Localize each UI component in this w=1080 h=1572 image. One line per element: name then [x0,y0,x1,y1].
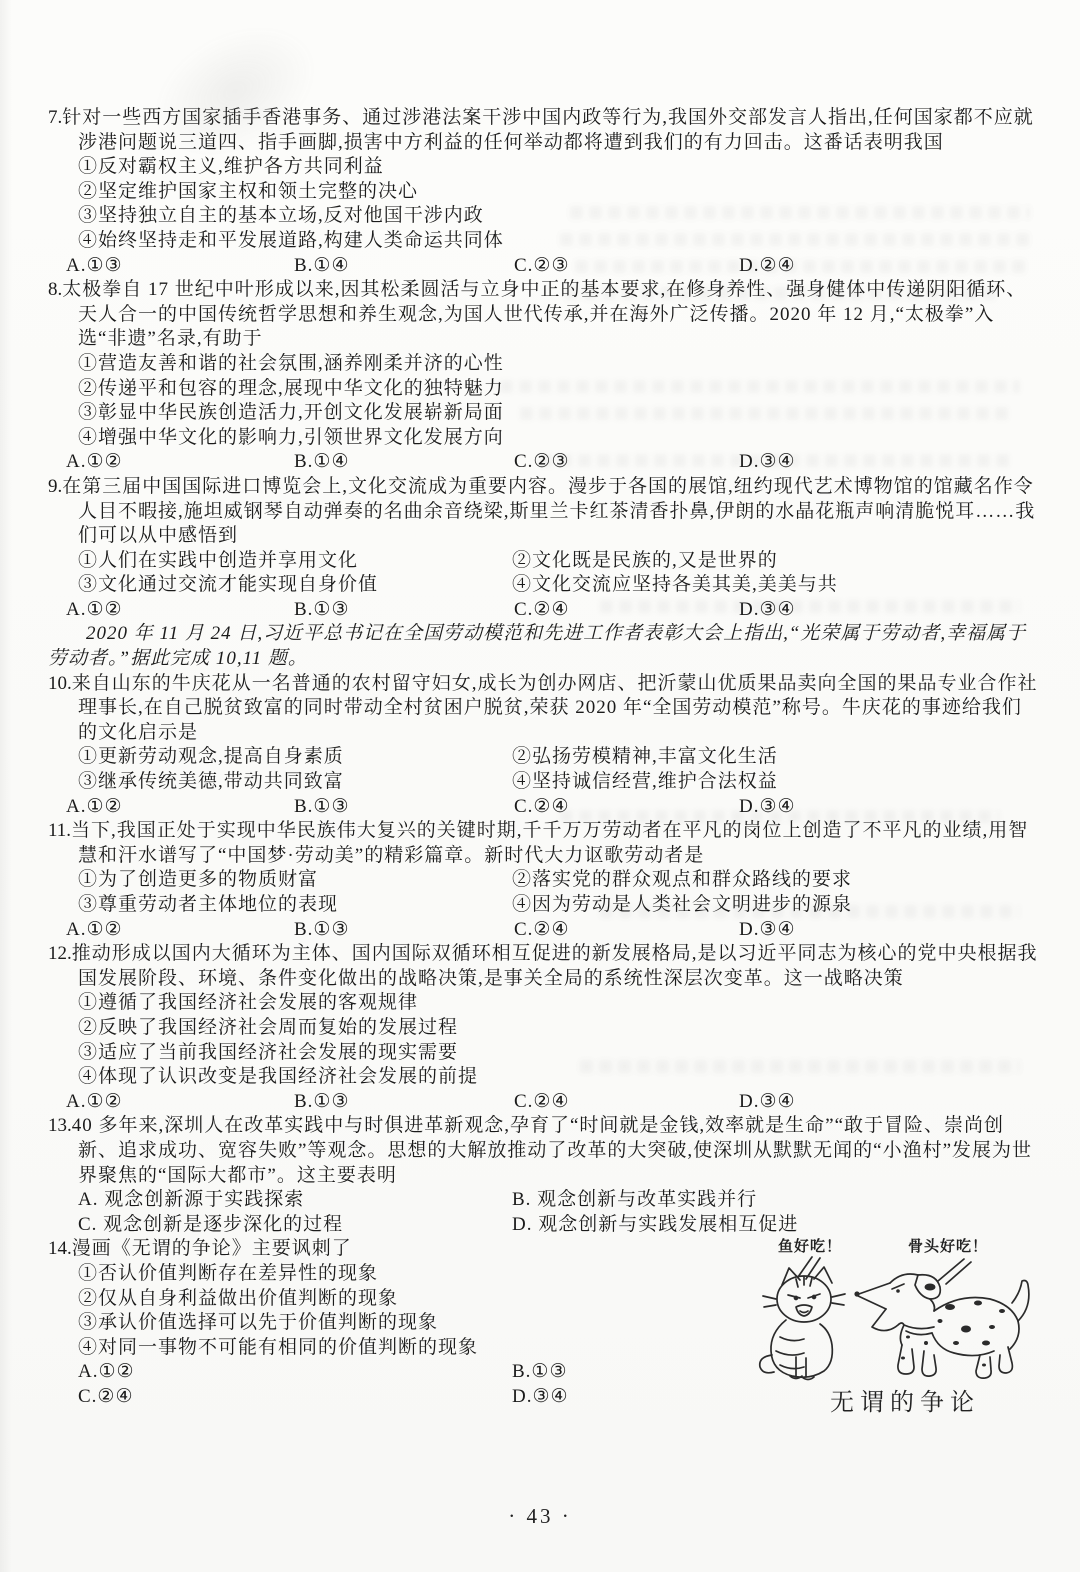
question-stem: 12.推动形成以国内大循环为主体、国内国际双循环相互促进的新发展格局,是以习近平… [48,942,1038,991]
answer-choice: D.③④ [739,450,1038,475]
answer-choices: A.①②B.①③C.②④D.③④ [48,598,1038,623]
questions: 7.针对一些西方国家插手香港事务、通过涉港法案干涉中国内政等行为,我国外交部发言… [48,106,1038,1409]
question-9: 9.在第三届中国国际进口博览会上,文化交流成为重要内容。漫步于各国的展馆,纽约现… [48,475,1038,623]
answer-choice: B.①③ [294,598,514,623]
cat-speech: 鱼好吃！ [778,1237,842,1255]
answer-choice: C.②④ [78,1385,512,1410]
sub-option: ④增强中华文化的影响力,引领世界文化发展方向 [48,426,1038,451]
sub-option: ④坚持诚信经营,维护合法权益 [512,770,1038,795]
answer-choices: A.①②B.①③C.②④D.③④ [48,795,1038,820]
sub-option: ②传递平和包容的理念,展现中华文化的独特魅力 [48,377,1038,402]
sub-options: ①营造友善和谐的社会氛围,涵养刚柔并济的心性②传递平和包容的理念,展现中华文化的… [48,352,1038,450]
answer-choice: D.③④ [739,598,1038,623]
answer-choices: A.①②B.①③C.②④D.③④ [48,918,1038,943]
answer-choice: C.②④ [514,918,739,943]
sub-option: ①人们在实践中创造并享用文化 [78,549,512,574]
sub-option: ④始终坚持走和平发展道路,构建人类命运共同体 [48,229,1038,254]
cartoon-caption: 无谓的争论 [740,1391,1070,1416]
exam-page: 7.针对一些西方国家插手香港事务、通过涉港法案干涉中国内政等行为,我国外交部发言… [0,0,1080,1572]
answer-choices: A.①②B.①③C.②④D.③④ [48,1090,1038,1115]
question-text: 在第三届中国国际进口博览会上,文化交流成为重要内容。漫步于各国的展馆,纽约现代艺… [62,476,1035,546]
answer-choice: A.①② [78,1360,512,1385]
question-text: 来自山东的牛庆花从一名普通的农村留守妇女,成长为创办网店、把沂蒙山优质果品卖向全… [72,673,1038,743]
cartoon-drawing: 鱼好吃！ 骨头好吃！ [740,1233,1070,1391]
answer-choices: A.①②B.①④C.②③D.③④ [48,450,1038,475]
answer-choice: B.①③ [294,918,514,943]
answer-choice: A.①② [66,450,294,475]
question-number: 8. [48,279,62,300]
answer-choice: B.①④ [294,450,514,475]
answer-choice: B.①③ [294,1090,514,1115]
sub-option: ②落实党的群众观点和群众路线的要求 [512,868,1038,893]
answer-choice: C.②④ [514,795,739,820]
answer-choice: B. 观念创新与改革实践并行 [512,1188,1038,1213]
answer-choices: A.①③B.①④C.②③D.②④ [48,254,1038,279]
question-stem: 9.在第三届中国国际进口博览会上,文化交流成为重要内容。漫步于各国的展馆,纽约现… [48,475,1038,549]
answer-choice: D.③④ [739,918,1038,943]
sub-option: ②弘扬劳模精神,丰富文化生活 [512,745,1038,770]
answer-choice: C.②③ [514,450,739,475]
sub-option: ②反映了我国经济社会周而复始的发展过程 [48,1016,1038,1041]
dog-speech: 骨头好吃！ [908,1237,988,1255]
question-number: 10. [48,673,72,694]
sub-option: ③彰显中华民族创造活力,开创文化发展崭新局面 [48,401,1038,426]
sub-options: ①遵循了我国经济社会发展的客观规律②反映了我国经济社会周而复始的发展过程③适应了… [48,991,1038,1089]
sub-option: ②坚定维护国家主权和领土完整的决心 [48,180,1038,205]
question-number: 13. [48,1115,72,1136]
dog-drawing [854,1274,1028,1378]
cartoon-panel: 鱼好吃！ 骨头好吃！ 无谓的争论 [740,1233,1070,1416]
sub-option: ①遵循了我国经济社会发展的客观规律 [48,991,1038,1016]
question-13: 13.40 多年来,深圳人在改革实践中与时俱进革新观念,孕育了“时间就是金钱,效… [48,1114,1038,1237]
sub-option: ④体现了认识改变是我国经济社会发展的前提 [48,1065,1038,1090]
question-11: 11.当下,我国正处于实现中华民族伟大复兴的关键时期,千千万万劳动者在平凡的岗位… [48,819,1038,942]
question-14: 14.漫画《无谓的争论》主要讽刺了①否认价值判断存在差异性的现象②仅从自身利益做… [48,1237,1038,1409]
sub-option: ④因为劳动是人类社会文明进步的源泉 [512,893,1038,918]
sub-option: ③坚持独立自主的基本立场,反对他国干涉内政 [48,204,1038,229]
sub-option: ③尊重劳动者主体地位的表现 [78,893,512,918]
question-7: 7.针对一些西方国家插手香港事务、通过涉港法案干涉中国内政等行为,我国外交部发言… [48,106,1038,278]
question-stem: 7.针对一些西方国家插手香港事务、通过涉港法案干涉中国内政等行为,我国外交部发言… [48,106,1038,155]
sub-options: ①人们在实践中创造并享用文化②文化既是民族的,又是世界的③文化通过交流才能实现自… [48,549,1038,598]
answer-choice: A.①② [66,598,294,623]
answer-choice: D.②④ [739,254,1038,279]
question-8: 8.太极拳自 17 世纪中叶形成以来,因其松柔圆活与立身中正的基本要求,在修身养… [48,278,1038,475]
answer-choice: A. 观念创新源于实践探索 [78,1188,512,1213]
question-number: 11. [48,820,71,841]
question-stem: 11.当下,我国正处于实现中华民族伟大复兴的关键时期,千千万万劳动者在平凡的岗位… [48,819,1038,868]
answer-choice: A.①③ [66,254,294,279]
sub-options: ①更新劳动观念,提高自身素质②弘扬劳模精神,丰富文化生活③继承传统美德,带动共同… [48,745,1038,794]
question-stem: 10.来自山东的牛庆花从一名普通的农村留守妇女,成长为创办网店、把沂蒙山优质果品… [48,672,1038,746]
sub-options: ①为了创造更多的物质财富②落实党的群众观点和群众路线的要求③尊重劳动者主体地位的… [48,868,1038,917]
question-text: 当下,我国正处于实现中华民族伟大复兴的关键时期,千千万万劳动者在平凡的岗位上创造… [71,820,1028,866]
answer-choice: D.③④ [739,1090,1038,1115]
answer-choices: A. 观念创新源于实践探索B. 观念创新与改革实践并行C. 观念创新是逐步深化的… [48,1188,1038,1237]
sub-option: ①为了创造更多的物质财富 [78,868,512,893]
sub-option: ③文化通过交流才能实现自身价值 [78,573,512,598]
sub-option: ②文化既是民族的,又是世界的 [512,549,1038,574]
shared-passage: 2020 年 11 月 24 日,习近平总书记在全国劳动模范和先进工作者表彰大会… [48,622,1038,671]
sub-option: ①营造友善和谐的社会氛围,涵养刚柔并济的心性 [48,352,1038,377]
question-12: 12.推动形成以国内大循环为主体、国内国际双循环相互促进的新发展格局,是以习近平… [48,942,1038,1114]
answer-choice: A.①② [66,918,294,943]
answer-choice: A.①② [66,1090,294,1115]
sub-option: ④文化交流应坚持各美其美,美美与共 [512,573,1038,598]
dog-speech-pointer [938,1259,964,1281]
question-number: 14. [48,1238,72,1259]
question-text: 推动形成以国内大循环为主体、国内国际双循环相互促进的新发展格局,是以习近平同志为… [72,943,1038,989]
question-number: 9. [48,476,62,497]
question-text: 漫画《无谓的争论》主要讽刺了 [72,1238,352,1259]
sub-option: ①反对霸权主义,维护各方共同利益 [48,155,1038,180]
question-10: 10.来自山东的牛庆花从一名普通的农村留守妇女,成长为创办网店、把沂蒙山优质果品… [48,672,1038,820]
answer-choice: A.①② [66,795,294,820]
answer-choice: C.②④ [514,598,739,623]
cat-drawing [760,1267,845,1380]
question-stem: 8.太极拳自 17 世纪中叶形成以来,因其松柔圆活与立身中正的基本要求,在修身养… [48,278,1038,352]
page-number: · 43 · [0,1504,1080,1529]
question-number: 7. [48,107,62,128]
answer-choice: B.①④ [294,254,514,279]
answer-choice: C.②③ [514,254,739,279]
answer-choice: C.②④ [514,1090,739,1115]
sub-options: ①反对霸权主义,维护各方共同利益②坚定维护国家主权和领土完整的决心③坚持独立自主… [48,155,1038,253]
question-text: 太极拳自 17 世纪中叶形成以来,因其松柔圆活与立身中正的基本要求,在修身养性、… [62,279,1026,349]
question-number: 12. [48,943,72,964]
question-text: 针对一些西方国家插手香港事务、通过涉港法案干涉中国内政等行为,我国外交部发言人指… [62,107,1034,153]
sub-option: ③继承传统美德,带动共同致富 [78,770,512,795]
answer-choice: B.①③ [294,795,514,820]
question-stem: 13.40 多年来,深圳人在改革实践中与时俱进革新观念,孕育了“时间就是金钱,效… [48,1114,1038,1188]
question-text: 40 多年来,深圳人在改革实践中与时俱进革新观念,孕育了“时间就是金钱,效率就是… [72,1115,1032,1185]
sub-option: ③适应了当前我国经济社会发展的现实需要 [48,1041,1038,1066]
sub-option: ①更新劳动观念,提高自身素质 [78,745,512,770]
answer-choice: D.③④ [739,795,1038,820]
answer-choice: C. 观念创新是逐步深化的过程 [78,1213,512,1238]
